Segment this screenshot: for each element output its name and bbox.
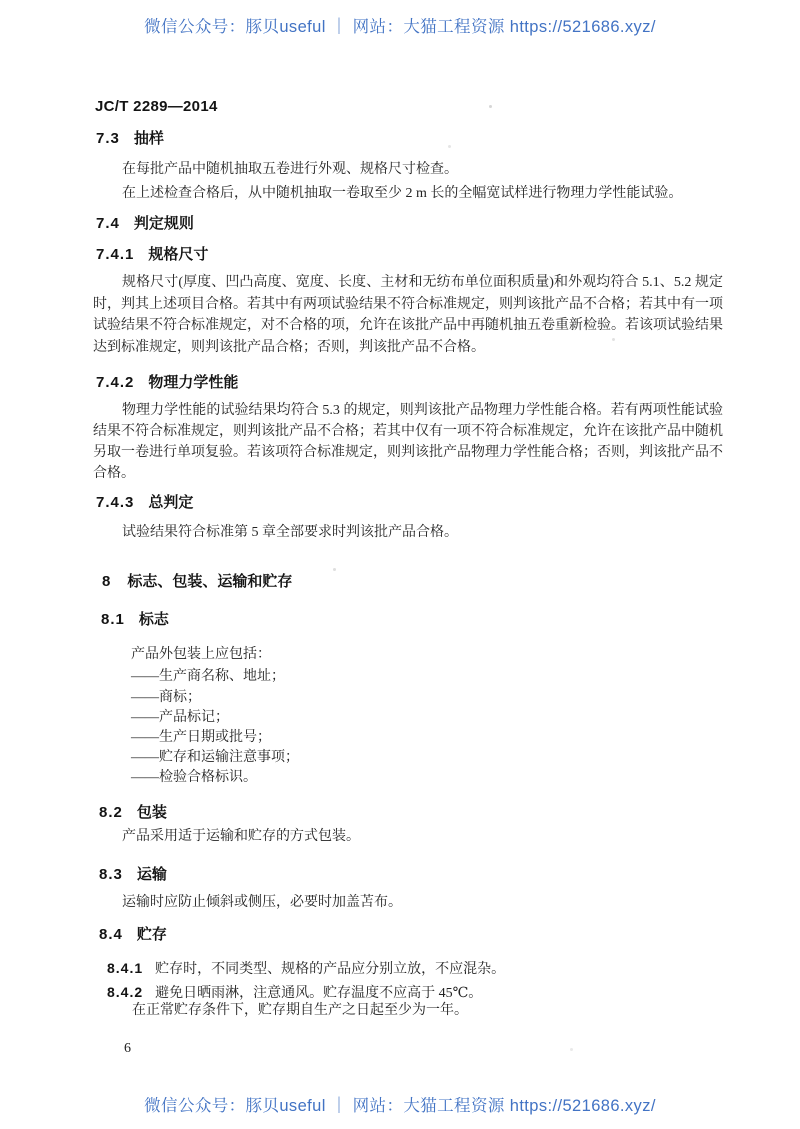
paragraph-7-3-b: 在上述检查合格后，从中随机抽取一卷取至少 2 m 长的全幅宽试样进行物理力学性能… <box>122 184 682 204</box>
heading-8-1: 8.1标志 <box>101 611 169 629</box>
running-header: JC/T 2289—2014 <box>95 98 218 116</box>
heading-number: 7.4.1 <box>96 246 134 264</box>
heading-title: 总判定 <box>148 494 193 511</box>
heading-number: 7.4 <box>96 215 120 233</box>
heading-7-4: 7.4判定规则 <box>96 215 194 233</box>
clause-text: 贮存时，不同类型、规格的产品应分别立放，不应混杂。 <box>155 962 505 977</box>
heading-number: 8.2 <box>99 804 123 822</box>
paragraph-8-3: 运输时应防止倾斜或侧压，必要时加盖苫布。 <box>122 893 402 913</box>
heading-number: 8 <box>102 573 111 591</box>
heading-title: 规格尺寸 <box>148 246 208 263</box>
list-item: ——产品标记； <box>131 708 229 728</box>
scanned-standard-page: 微信公众号：豚贝useful ｜ 网站：大猫工程资源 https://52168… <box>0 0 800 1129</box>
heading-number: 7.4.2 <box>96 374 134 392</box>
scan-speck <box>333 568 336 571</box>
heading-title: 包装 <box>137 804 167 821</box>
heading-7-3: 7.3抽样 <box>96 130 164 148</box>
clause-text: 避免日晒雨淋，注意通风。贮存温度不应高于 45℃。 <box>155 986 482 1001</box>
scan-speck <box>612 338 615 341</box>
heading-title: 物理力学性能 <box>148 374 238 391</box>
heading-number: 7.4.3 <box>96 494 134 512</box>
paragraph-8-4-note: 在正常贮存条件下，贮存期自生产之日起至少为一年。 <box>132 1001 468 1021</box>
watermark-top: 微信公众号：豚贝useful ｜ 网站：大猫工程资源 https://52168… <box>0 17 800 37</box>
paragraph-7-4-1: 规格尺寸(厚度、凹凸高度、宽度、长度、主材和无纺布单位面积质量)和外观均符合 5… <box>93 272 723 358</box>
heading-7-4-1: 7.4.1规格尺寸 <box>96 246 208 264</box>
heading-8: 8标志、包装、运输和贮存 <box>102 573 292 591</box>
list-item: ——贮存和运输注意事项； <box>131 748 299 768</box>
clause-number: 8.4.2 <box>107 984 143 1000</box>
heading-8-4: 8.4贮存 <box>99 926 167 944</box>
heading-title: 抽样 <box>134 130 164 147</box>
paragraph-8-1-intro: 产品外包装上应包括： <box>131 645 271 665</box>
scan-speck <box>448 145 451 148</box>
heading-7-4-3: 7.4.3总判定 <box>96 494 193 512</box>
heading-8-3: 8.3运输 <box>99 866 167 884</box>
watermark-bottom: 微信公众号：豚贝useful ｜ 网站：大猫工程资源 https://52168… <box>0 1096 800 1116</box>
heading-title: 贮存 <box>137 926 167 943</box>
list-item: ——生产商名称、地址； <box>131 667 285 687</box>
heading-title: 标志、包装、运输和贮存 <box>127 573 292 590</box>
paragraph-7-4-3: 试验结果符合标准第 5 章全部要求时判该批产品合格。 <box>122 523 458 543</box>
heading-title: 标志 <box>139 611 169 628</box>
list-item: ——检验合格标识。 <box>131 768 257 788</box>
scan-speck <box>570 1048 573 1051</box>
page-number: 6 <box>124 1040 131 1058</box>
heading-7-4-2: 7.4.2物理力学性能 <box>96 374 238 392</box>
clause-number: 8.4.1 <box>107 960 143 976</box>
heading-number: 8.4 <box>99 926 123 944</box>
heading-title: 判定规则 <box>134 215 194 232</box>
paragraph-8-2: 产品采用适于运输和贮存的方式包装。 <box>122 827 360 847</box>
heading-title: 运输 <box>137 866 167 883</box>
heading-number: 7.3 <box>96 130 120 148</box>
paragraph-7-3-a: 在每批产品中随机抽取五卷进行外观、规格尺寸检查。 <box>122 160 458 180</box>
scan-speck <box>489 105 492 108</box>
scan-speck <box>290 832 293 835</box>
clause-8-4-1: 8.4.1贮存时，不同类型、规格的产品应分别立放，不应混杂。 <box>107 958 505 980</box>
list-item: ——商标； <box>131 688 201 708</box>
list-item: ——生产日期或批号； <box>131 728 271 748</box>
heading-number: 8.3 <box>99 866 123 884</box>
paragraph-7-4-2: 物理力学性能的试验结果均符合 5.3 的规定，则判该批产品物理力学性能合格。若有… <box>93 400 723 484</box>
heading-number: 8.1 <box>101 611 125 629</box>
heading-8-2: 8.2包装 <box>99 804 167 822</box>
